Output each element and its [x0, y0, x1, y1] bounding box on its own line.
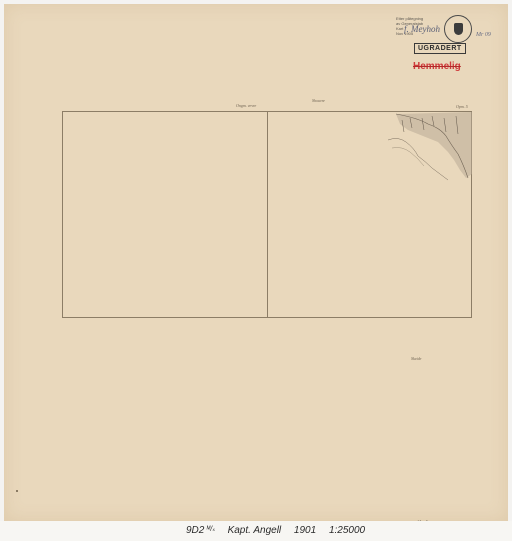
surveyor: Kapt. Angell [228, 525, 282, 536]
seal-note: Mr 09 [476, 32, 491, 38]
sheet-suffix: ᴹ/ₛ [206, 526, 214, 533]
map-mark [16, 490, 18, 492]
struck-classification: Hemmelig [413, 61, 461, 72]
coat-of-arms-icon [454, 23, 463, 35]
terrain-sketch-icon [388, 112, 472, 187]
label-top-left-frame: Ongm. vevre [236, 103, 256, 108]
official-seal-icon [444, 15, 472, 43]
label-top-right-frame: Opm. 5 [456, 104, 468, 109]
signature: f. Meyhoh [404, 24, 440, 34]
map-caption: 9D2ᴹ/ₛ Kapt. Angell 1901 1:25000 [186, 525, 375, 536]
survey-year: 1901 [294, 525, 316, 536]
classification-stamp: UGRADERT [414, 43, 466, 54]
stamp-area: Etter påtegning av Generalstab Kart Nov … [396, 12, 496, 82]
label-right-middle: Skeide [411, 356, 421, 361]
map-frame-divider [267, 111, 268, 318]
sheet-id: 9D2 [186, 525, 204, 536]
map-scale: 1:25000 [329, 525, 365, 536]
label-top-center: Shouvre [312, 98, 325, 103]
